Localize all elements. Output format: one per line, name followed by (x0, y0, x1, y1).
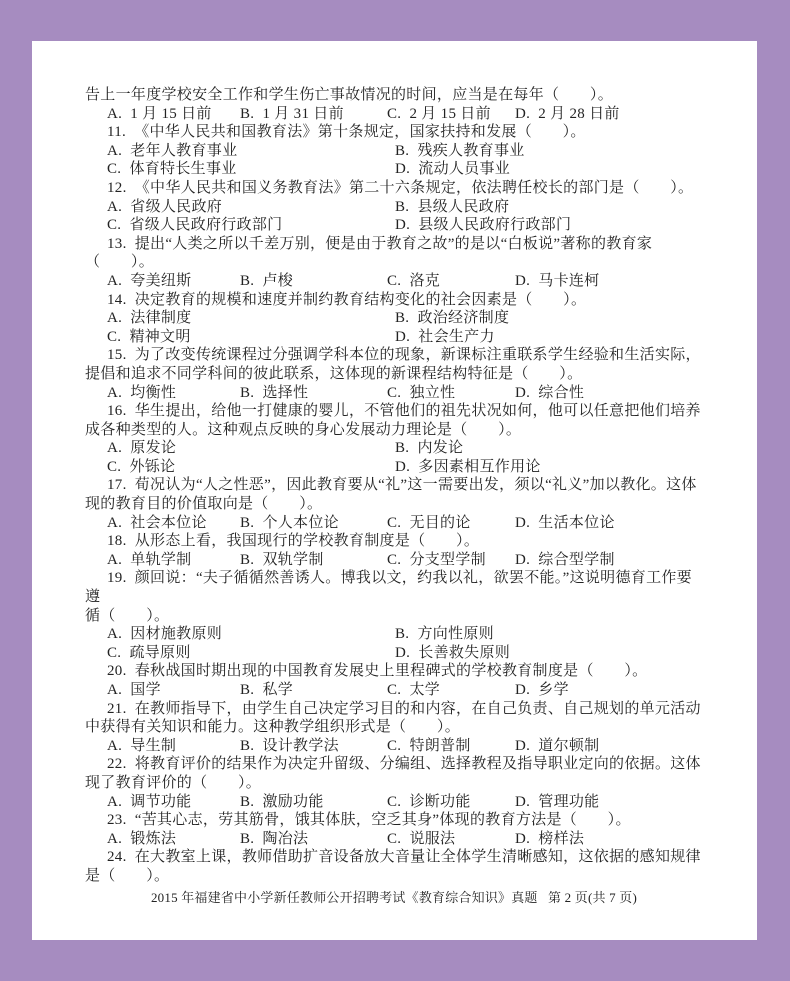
option-item: C. 体育特长生事业 (107, 160, 395, 179)
option-row: A. 老年人教育事业B. 残疾人教育事业 (85, 142, 703, 161)
option-item: B. 选择性 (240, 384, 387, 403)
option-item: A. 导生制 (107, 737, 240, 756)
question-line: 15. 为了改变传统课程过分强调学科本位的现象，新课标注重联系学生经验和生活实际… (85, 346, 703, 365)
option-item: D. 社会生产力 (395, 328, 495, 347)
option-row: A. 国学B. 私学C. 太学D. 乡学 (85, 681, 703, 700)
option-item: A. 调节功能 (107, 793, 240, 812)
option-item: C. 洛克 (387, 272, 515, 291)
option-item: D. 长善救失原则 (395, 644, 510, 663)
option-row: A. 调节功能B. 激励功能C. 诊断功能D. 管理功能 (85, 793, 703, 812)
text-line: 告上一年度学校安全工作和学生伤亡事故情况的时间，应当是在每年（ ）。 (85, 86, 703, 105)
text-line: 现了教育评价的（ ）。 (85, 774, 703, 793)
option-item: A. 法律制度 (107, 309, 395, 328)
text-line: （ ）。 (85, 253, 703, 272)
option-item: B. 卢梭 (240, 272, 387, 291)
text-line: 循（ ）。 (85, 607, 703, 626)
question-line: 18. 从形态上看，我国现行的学校教育制度是（ ）。 (85, 532, 703, 551)
option-item: B. 激励功能 (240, 793, 387, 812)
option-item: B. 内发论 (395, 439, 463, 458)
text-line: 成各种类型的人。这种观点反映的身心发展动力理论是（ ）。 (85, 421, 703, 440)
option-item: B. 双轨学制 (240, 551, 387, 570)
option-item: A. 原发论 (107, 439, 395, 458)
option-item: D. 乡学 (515, 681, 569, 700)
option-item: A. 因材施教原则 (107, 625, 395, 644)
option-item: B. 1 月 31 日前 (240, 105, 387, 124)
option-item: B. 政治经济制度 (395, 309, 509, 328)
option-item: A. 单轨学制 (107, 551, 240, 570)
option-item: B. 个人本位论 (240, 514, 387, 533)
question-line: 17. 荀况认为“人之性恶”，因此教育要从“礼”这一需要出发，须以“礼义”加以教… (85, 476, 703, 495)
option-row: A. 法律制度B. 政治经济制度 (85, 309, 703, 328)
option-item: C. 省级人民政府行政部门 (107, 216, 395, 235)
question-line: 11. 《中华人民共和国教育法》第十条规定，国家扶持和发展（ ）。 (85, 123, 703, 142)
option-item: A. 1 月 15 日前 (107, 105, 240, 124)
question-line: 22. 将教育评价的结果作为决定升留级、分编组、选择教程及指导职业定向的依据。这… (85, 755, 703, 774)
question-line: 12. 《中华人民共和国义务教育法》第二十六条规定，依法聘任校长的部门是（ ）。 (85, 179, 703, 198)
option-item: A. 国学 (107, 681, 240, 700)
option-item: B. 设计教学法 (240, 737, 387, 756)
option-item: D. 2 月 28 日前 (515, 105, 620, 124)
option-item: A. 夸美纽斯 (107, 272, 240, 291)
question-line: 14. 决定教育的规模和速度并制约教育结构变化的社会因素是（ ）。 (85, 291, 703, 310)
option-item: C. 特朗普制 (387, 737, 515, 756)
option-item: A. 均衡性 (107, 384, 240, 403)
text-line: 提倡和追求不同学科间的彼此联系，这体现的新课程结构特征是（ ）。 (85, 365, 703, 384)
page-footer: 2015 年福建省中小学新任教师公开招聘考试《教育综合知识》真题 第 2 页(共… (85, 889, 703, 908)
text-line: 现的教育目的价值取向是（ ）。 (85, 495, 703, 514)
option-row: A. 锻炼法B. 陶冶法C. 说服法D. 榜样法 (85, 830, 703, 849)
option-item: C. 独立性 (387, 384, 515, 403)
question-line: 20. 春秋战国时期出现的中国教育发展史上里程碑式的学校教育制度是（ ）。 (85, 662, 703, 681)
option-row: C. 体育特长生事业D. 流动人员事业 (85, 160, 703, 179)
option-item: D. 生活本位论 (515, 514, 615, 533)
exam-paper-page: 告上一年度学校安全工作和学生伤亡事故情况的时间，应当是在每年（ ）。A. 1 月… (32, 41, 757, 940)
option-row: C. 省级人民政府行政部门D. 县级人民政府行政部门 (85, 216, 703, 235)
question-line: 16. 华生提出，给他一打健康的婴儿，不管他们的祖先状况如何，他可以任意把他们培… (85, 402, 703, 421)
option-item: D. 榜样法 (515, 830, 584, 849)
option-item: A. 省级人民政府 (107, 198, 395, 217)
option-row: A. 原发论B. 内发论 (85, 439, 703, 458)
option-item: A. 锻炼法 (107, 830, 240, 849)
option-item: B. 陶冶法 (240, 830, 387, 849)
option-item: C. 太学 (387, 681, 515, 700)
option-row: A. 社会本位论B. 个人本位论C. 无目的论D. 生活本位论 (85, 514, 703, 533)
option-row: C. 精神文明D. 社会生产力 (85, 328, 703, 347)
option-row: A. 1 月 15 日前B. 1 月 31 日前C. 2 月 15 日前D. 2… (85, 105, 703, 124)
question-line: 24. 在大教室上课，教师借助扩音设备放大音量让全体学生清晰感知，这依据的感知规… (85, 848, 703, 867)
option-item: B. 私学 (240, 681, 387, 700)
purple-frame: 告上一年度学校安全工作和学生伤亡事故情况的时间，应当是在每年（ ）。A. 1 月… (0, 0, 790, 981)
option-item: C. 疏导原则 (107, 644, 395, 663)
option-item: D. 综合型学制 (515, 551, 615, 570)
option-item: C. 分支型学制 (387, 551, 515, 570)
option-item: D. 综合性 (515, 384, 584, 403)
option-item: D. 道尔顿制 (515, 737, 599, 756)
option-row: A. 省级人民政府B. 县级人民政府 (85, 198, 703, 217)
question-line: 21. 在教师指导下，由学生自己决定学习目的和内容，在自己负责、自己规划的单元活… (85, 700, 703, 719)
option-item: C. 无目的论 (387, 514, 515, 533)
option-item: C. 外铄论 (107, 458, 395, 477)
option-item: D. 县级人民政府行政部门 (395, 216, 571, 235)
option-item: C. 2 月 15 日前 (387, 105, 515, 124)
option-row: A. 夸美纽斯B. 卢梭C. 洛克D. 马卡连柯 (85, 272, 703, 291)
option-row: C. 疏导原则D. 长善救失原则 (85, 644, 703, 663)
text-line: 中获得有关知识和能力。这种教学组织形式是（ ）。 (85, 718, 703, 737)
option-row: A. 导生制B. 设计教学法C. 特朗普制D. 道尔顿制 (85, 737, 703, 756)
question-line: 13. 提出“人类之所以千差万别，便是由于教育之故”的是以“白板说”著称的教育家 (85, 235, 703, 254)
question-line: 23. “苦其心志，劳其筋骨，饿其体肤，空乏其身”体现的教育方法是（ ）。 (85, 811, 703, 830)
option-row: C. 外铄论D. 多因素相互作用论 (85, 458, 703, 477)
option-item: D. 多因素相互作用论 (395, 458, 541, 477)
option-item: D. 马卡连柯 (515, 272, 599, 291)
option-item: B. 残疾人教育事业 (395, 142, 525, 161)
option-item: D. 管理功能 (515, 793, 599, 812)
option-item: D. 流动人员事业 (395, 160, 510, 179)
option-item: A. 老年人教育事业 (107, 142, 395, 161)
option-item: A. 社会本位论 (107, 514, 240, 533)
option-row: A. 均衡性B. 选择性C. 独立性D. 综合性 (85, 384, 703, 403)
option-row: A. 因材施教原则B. 方向性原则 (85, 625, 703, 644)
option-item: C. 说服法 (387, 830, 515, 849)
option-row: A. 单轨学制B. 双轨学制C. 分支型学制D. 综合型学制 (85, 551, 703, 570)
option-item: C. 诊断功能 (387, 793, 515, 812)
exam-body: 告上一年度学校安全工作和学生伤亡事故情况的时间，应当是在每年（ ）。A. 1 月… (85, 86, 703, 907)
text-line: 是（ ）。 (85, 867, 703, 886)
option-item: B. 方向性原则 (395, 625, 494, 644)
option-item: C. 精神文明 (107, 328, 395, 347)
question-line: 19. 颜回说：“夫子循循然善诱人。博我以文，约我以礼，欲罢不能。”这说明德育工… (85, 569, 703, 606)
option-item: B. 县级人民政府 (395, 198, 509, 217)
